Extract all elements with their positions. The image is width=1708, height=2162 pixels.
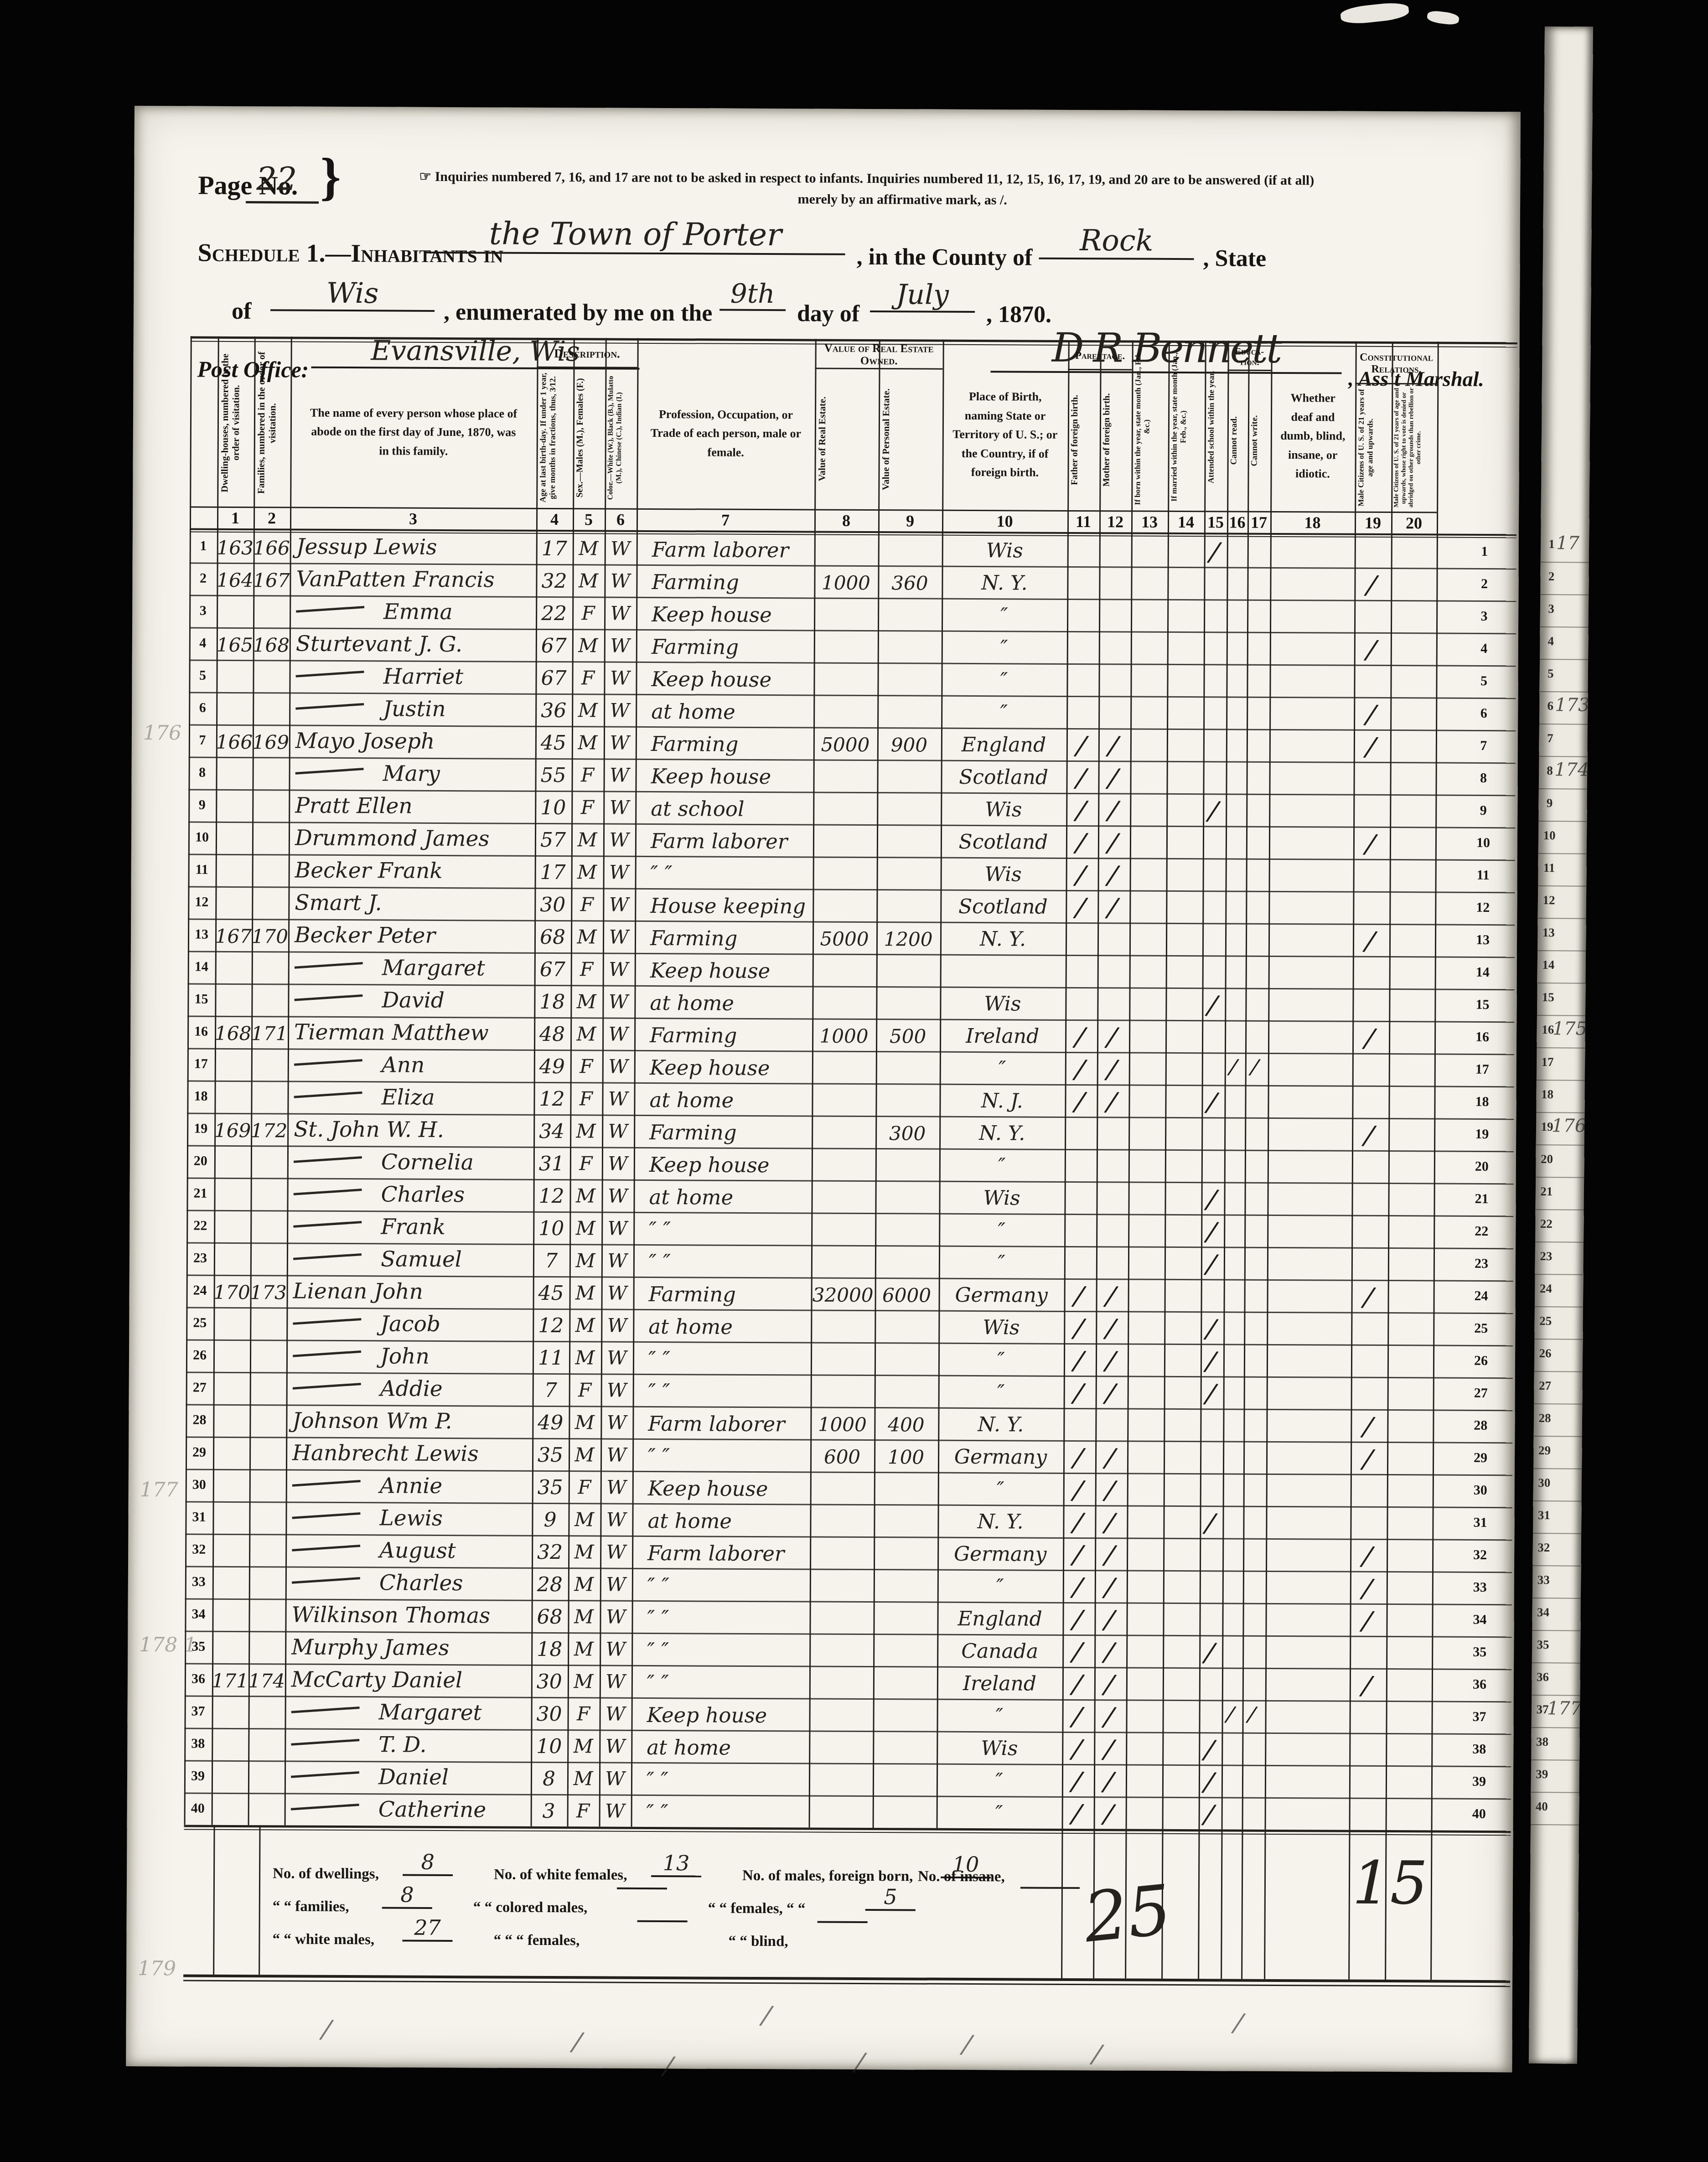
ditto-surname-dash bbox=[291, 1771, 359, 1778]
person-name-text: Eliza bbox=[381, 1085, 435, 1110]
family-number: 174 bbox=[247, 1670, 287, 1692]
row-number-right: 35 bbox=[1461, 1645, 1498, 1660]
person-name-text: Jessup Lewis bbox=[296, 534, 437, 560]
person-name-text: Lewis bbox=[379, 1505, 443, 1531]
real-estate-value: 5000 bbox=[813, 734, 877, 756]
row-number-left: 24 bbox=[186, 1283, 214, 1298]
ditto-surname-dash bbox=[291, 1804, 359, 1810]
occupation-value: at school bbox=[651, 797, 744, 821]
real-estate-value: 32000 bbox=[811, 1283, 875, 1306]
footer-line2-label: “ “ colored males, bbox=[473, 1899, 588, 1916]
affirmative-tick-col12: / bbox=[1102, 1765, 1115, 1797]
row-number-left: 2 bbox=[189, 571, 217, 586]
color-value: W bbox=[600, 1476, 632, 1498]
column-header-17: Cannot write. bbox=[1249, 373, 1269, 508]
age-value: 57 bbox=[535, 828, 571, 852]
affirmative-tick-col15: / bbox=[1206, 1086, 1218, 1118]
group-header-rule bbox=[815, 368, 942, 370]
person-name: Hanbrecht Lewis bbox=[292, 1441, 534, 1467]
age-value: 18 bbox=[534, 990, 570, 1014]
age-value: 45 bbox=[533, 1282, 569, 1305]
dwelling-number: 167 bbox=[212, 925, 254, 947]
sex-value: M bbox=[570, 990, 602, 1013]
sex-value: M bbox=[567, 1735, 599, 1757]
sliver-row-number: 2 bbox=[1542, 569, 1560, 584]
column-number-12: 12 bbox=[1099, 512, 1131, 531]
occupation-value: ″ ″ bbox=[647, 1606, 669, 1630]
affirmative-tick-col11: / bbox=[1071, 1636, 1084, 1668]
birthplace-value: N. Y. bbox=[940, 927, 1066, 951]
occupation-value: at home bbox=[650, 991, 734, 1015]
person-name-text: Wilkinson Thomas bbox=[291, 1603, 490, 1629]
affirmative-tick-col11: / bbox=[1072, 1377, 1085, 1409]
occupation-value: Keep house bbox=[651, 667, 771, 692]
affirmative-tick-col12: / bbox=[1105, 1313, 1117, 1345]
age-value: 7 bbox=[533, 1379, 569, 1402]
occupation-value: at home bbox=[651, 699, 735, 724]
ditto-surname-dash bbox=[292, 1577, 360, 1584]
person-name: Sturtevant J. G. bbox=[296, 631, 538, 657]
color-value: W bbox=[600, 1638, 631, 1660]
dwelling-number: 171 bbox=[209, 1670, 251, 1692]
row-number-right: 3 bbox=[1466, 609, 1502, 624]
sex-value: M bbox=[568, 1573, 600, 1595]
row-number-right: 24 bbox=[1463, 1288, 1500, 1304]
ditto-surname-dash bbox=[292, 1512, 361, 1519]
row-number-left: 10 bbox=[188, 830, 216, 845]
sex-value: F bbox=[571, 893, 603, 915]
sex-value: F bbox=[572, 667, 604, 689]
column-header-15: Attended school within the year. bbox=[1206, 346, 1226, 508]
age-value: 3 bbox=[531, 1800, 567, 1823]
affirmative-tick-col12: / bbox=[1107, 730, 1119, 762]
person-name-text: Drummond James bbox=[295, 826, 490, 852]
birthplace-value: ″ bbox=[940, 1057, 1065, 1081]
ditto-surname-dash bbox=[296, 671, 364, 678]
footer-line2-value: 5 bbox=[884, 1884, 897, 1909]
row-number-left: 25 bbox=[186, 1315, 213, 1331]
ditto-surname-dash bbox=[293, 1253, 362, 1260]
sliver-rule bbox=[1541, 562, 1589, 563]
row-number-left: 40 bbox=[184, 1801, 212, 1816]
birthplace-value: Ireland bbox=[937, 1672, 1062, 1696]
sliver-row-number: 14 bbox=[1539, 958, 1558, 972]
sliver-rule bbox=[1534, 1339, 1583, 1340]
sex-value: F bbox=[571, 796, 603, 818]
affirmative-tick-col19: / bbox=[1362, 1411, 1374, 1443]
ditto-surname-dash bbox=[296, 606, 364, 613]
birthplace-value: N. J. bbox=[939, 1089, 1065, 1113]
sex-value: M bbox=[568, 1638, 600, 1660]
sliver-rule bbox=[1538, 918, 1586, 919]
age-value: 31 bbox=[533, 1152, 570, 1175]
affirmative-tick-col19: / bbox=[1361, 1443, 1374, 1475]
person-name: Becker Frank bbox=[295, 858, 537, 884]
birthplace-value: Wis bbox=[940, 992, 1065, 1016]
person-name-text: Becker Peter bbox=[295, 923, 435, 948]
column-number-19: 19 bbox=[1355, 513, 1391, 533]
row-number-left: 7 bbox=[189, 733, 216, 748]
sliver-row-number: 30 bbox=[1535, 1476, 1553, 1490]
sex-value: F bbox=[570, 1055, 602, 1077]
column-number-14: 14 bbox=[1168, 512, 1204, 532]
affirmative-tick-col19: / bbox=[1363, 1119, 1376, 1151]
sliver-row-number: 34 bbox=[1534, 1605, 1553, 1619]
row-number-right: 32 bbox=[1462, 1547, 1498, 1563]
person-name-text: Margaret bbox=[379, 1700, 482, 1725]
row-number-right: 23 bbox=[1463, 1256, 1500, 1272]
person-name: Margaret bbox=[295, 955, 536, 981]
affirmative-tick-col11: / bbox=[1071, 1571, 1084, 1603]
affirmative-tick-col11: / bbox=[1075, 762, 1087, 794]
color-value: W bbox=[600, 1508, 632, 1531]
family-number: 166 bbox=[252, 537, 292, 559]
age-value: 35 bbox=[532, 1476, 569, 1499]
affirmative-tick-col11: / bbox=[1075, 891, 1087, 923]
column-header-1: Dwelling-houses, numbered in the order o… bbox=[219, 342, 253, 504]
row-number-right: 28 bbox=[1462, 1418, 1499, 1433]
sliver-rule bbox=[1539, 756, 1587, 757]
color-value: W bbox=[602, 1152, 634, 1174]
affirmative-tick-col19: / bbox=[1365, 731, 1377, 763]
occupation-value: Farm laborer bbox=[648, 1412, 785, 1436]
ditto-surname-dash bbox=[295, 703, 364, 710]
person-name-text: Margaret bbox=[382, 955, 485, 981]
affirmative-tick-col16: / bbox=[1225, 1702, 1235, 1727]
affirmative-tick-col11: / bbox=[1071, 1603, 1084, 1635]
row-number-right: 13 bbox=[1465, 932, 1501, 948]
ditto-surname-dash bbox=[293, 1383, 361, 1390]
affirmative-tick-col11: / bbox=[1073, 1280, 1085, 1312]
birthplace-value: ″ bbox=[939, 1154, 1065, 1178]
personal-estate-value: 500 bbox=[876, 1025, 940, 1048]
ditto-surname-dash bbox=[292, 1480, 361, 1487]
age-value: 10 bbox=[531, 1735, 567, 1758]
occupation-value: ″ ″ bbox=[647, 1638, 669, 1662]
occupation-value: Keep house bbox=[649, 1153, 770, 1177]
group-header-parentage: Parentage. bbox=[1068, 344, 1132, 368]
color-value: W bbox=[600, 1573, 632, 1595]
group-header-value-owned: Value of Real Estate Owned. bbox=[815, 343, 943, 367]
color-value: W bbox=[604, 635, 636, 657]
affirmative-tick-col15: / bbox=[1205, 1377, 1217, 1409]
affirmative-tick-col11: / bbox=[1075, 729, 1087, 761]
sliver-row-number: 29 bbox=[1535, 1443, 1553, 1458]
ditto-surname-dash bbox=[295, 962, 363, 969]
column-number-11: 11 bbox=[1067, 512, 1099, 531]
ditto-surname-dash bbox=[294, 1156, 362, 1163]
sex-value: M bbox=[569, 1314, 601, 1336]
occupation-value: Farm laborer bbox=[652, 538, 789, 562]
dwelling-number: 170 bbox=[211, 1281, 253, 1303]
occupation-value: Keep house bbox=[650, 1055, 770, 1080]
occupation-value: at home bbox=[647, 1509, 732, 1533]
affirmative-tick-col17: / bbox=[1250, 1054, 1259, 1079]
affirmative-tick-col12: / bbox=[1104, 1345, 1117, 1377]
birthplace-value: ″ bbox=[937, 1801, 1062, 1825]
affirmative-tick-col15: / bbox=[1206, 989, 1219, 1021]
affirmative-tick-col15: / bbox=[1203, 1733, 1216, 1765]
row-number-left: 15 bbox=[187, 992, 215, 1007]
birthplace-value: ″ bbox=[941, 668, 1066, 692]
affirmative-tick-col12: / bbox=[1103, 1603, 1116, 1635]
row-number-right: 27 bbox=[1463, 1386, 1499, 1401]
person-name: Pratt Ellen bbox=[295, 793, 537, 819]
row-number-left: 3 bbox=[189, 603, 217, 619]
sliver-row-number: 13 bbox=[1539, 926, 1558, 940]
color-value: W bbox=[600, 1443, 632, 1466]
column-header-6: Color.—White (W.), Black (B.), Mulatto (… bbox=[606, 371, 635, 506]
footer-value-fill bbox=[818, 1917, 868, 1925]
person-name: Charles bbox=[292, 1570, 533, 1596]
sex-value: M bbox=[572, 699, 604, 721]
person-name-text: David bbox=[382, 988, 445, 1013]
person-name-text: Harriet bbox=[383, 664, 463, 689]
occupation-value: Farming bbox=[650, 1023, 737, 1048]
column-number-15: 15 bbox=[1204, 512, 1227, 532]
age-value: 48 bbox=[534, 1023, 570, 1046]
affirmative-tick-col15: / bbox=[1203, 1766, 1215, 1798]
sliver-row-number: 10 bbox=[1540, 828, 1558, 843]
affirmative-tick-col11: / bbox=[1074, 1021, 1086, 1053]
column-number-5: 5 bbox=[573, 510, 605, 529]
ditto-surname-dash bbox=[291, 1707, 360, 1713]
personal-estate-value: 1200 bbox=[876, 928, 940, 951]
family-number: 170 bbox=[250, 925, 290, 947]
color-value: W bbox=[600, 1702, 631, 1725]
sliver-rule bbox=[1540, 659, 1588, 660]
affirmative-tick-col15: / bbox=[1207, 795, 1220, 827]
ditto-surname-dash bbox=[293, 1350, 361, 1357]
ditto-surname-dash bbox=[293, 1221, 362, 1228]
column-number-10: 10 bbox=[942, 512, 1067, 531]
birthplace-value: Scotland bbox=[941, 830, 1066, 854]
row-number-left: 1 bbox=[190, 538, 217, 554]
personal-estate-value: 360 bbox=[878, 572, 942, 595]
affirmative-tick-col12: / bbox=[1102, 1798, 1115, 1830]
age-value: 49 bbox=[532, 1411, 569, 1434]
sliver-row-number: 18 bbox=[1538, 1087, 1556, 1102]
column-number-20: 20 bbox=[1391, 513, 1437, 533]
row-number-right: 1 bbox=[1466, 544, 1503, 559]
person-name: Becker Peter bbox=[295, 923, 536, 949]
color-value: W bbox=[603, 861, 635, 884]
ditto-surname-dash bbox=[291, 1739, 359, 1746]
family-number: 172 bbox=[249, 1119, 289, 1142]
personal-estate-value: 6000 bbox=[875, 1284, 939, 1307]
color-value: W bbox=[602, 1087, 634, 1110]
occupation-value: Keep house bbox=[650, 958, 771, 983]
birthplace-value: Scotland bbox=[941, 765, 1066, 789]
group-header-education: Educa-tion. bbox=[1228, 344, 1271, 368]
affirmative-tick-col12: / bbox=[1107, 795, 1119, 827]
sex-value: M bbox=[571, 828, 603, 851]
age-value: 11 bbox=[533, 1346, 569, 1370]
color-value: W bbox=[601, 1314, 633, 1336]
person-name-text: Catherine bbox=[378, 1797, 487, 1822]
group-header-rule bbox=[1227, 369, 1271, 371]
group-header-constitutional: Constitutional Relations. bbox=[1355, 345, 1437, 383]
sliver-rule bbox=[1534, 1436, 1582, 1437]
sex-value: M bbox=[569, 1282, 601, 1304]
footer-insane-underline bbox=[1020, 1887, 1080, 1889]
birthplace-value: ″ bbox=[938, 1348, 1064, 1372]
affirmative-tick-col12: / bbox=[1104, 1507, 1116, 1539]
color-value: W bbox=[603, 829, 635, 851]
affirmative-tick-col19: / bbox=[1365, 698, 1377, 730]
sex-value: M bbox=[568, 1605, 600, 1628]
occupation-value: Farming bbox=[652, 635, 739, 659]
color-value: W bbox=[604, 732, 636, 754]
color-value: W bbox=[604, 602, 636, 625]
affirmative-tick-col11: / bbox=[1074, 1086, 1086, 1117]
sliver-row-number: 40 bbox=[1532, 1800, 1551, 1814]
microfilm-scan: Page No. 22 } ☞ Inquiries numbered 7, 16… bbox=[0, 0, 1708, 2162]
enumerated-label: , enumerated by me on the bbox=[444, 299, 713, 327]
person-name-text: Sturtevant J. G. bbox=[296, 631, 462, 657]
sliver-handwritten-number: 17 bbox=[1556, 533, 1579, 553]
color-value: W bbox=[602, 1055, 634, 1077]
person-name: Tierman Matthew bbox=[294, 1020, 536, 1046]
affirmative-tick-col15: / bbox=[1205, 1313, 1217, 1345]
sliver-rule bbox=[1536, 1144, 1584, 1146]
footer-line1-value: 8 bbox=[421, 1850, 435, 1874]
birthplace-value: England bbox=[941, 733, 1066, 757]
person-name: Mayo Joseph bbox=[295, 729, 537, 755]
person-name: Harriet bbox=[295, 664, 537, 690]
affirmative-tick-col12: / bbox=[1103, 1636, 1116, 1668]
color-value: W bbox=[603, 893, 635, 915]
person-name: Justin bbox=[295, 696, 537, 722]
row-number-left: 33 bbox=[185, 1574, 212, 1590]
column-header-20: Male Citizens of U. S. of 21 years of ag… bbox=[1393, 387, 1435, 509]
sliver-row-number: 12 bbox=[1540, 893, 1558, 907]
affirmative-tick-col12: / bbox=[1107, 762, 1119, 794]
row-number-left: 21 bbox=[187, 1186, 214, 1201]
sliver-rule bbox=[1540, 594, 1589, 595]
footer-line1-label: No. of dwellings, bbox=[273, 1865, 379, 1883]
color-value: W bbox=[604, 667, 636, 689]
sliver-rule bbox=[1535, 1306, 1583, 1308]
affirmative-tick-col11: / bbox=[1072, 1474, 1084, 1506]
person-name: Jessup Lewis bbox=[296, 534, 538, 560]
sliver-rule bbox=[1537, 1015, 1585, 1016]
sliver-handwritten-number: 173 bbox=[1555, 694, 1590, 716]
column-header-5: Sex.—Males (M.), Females (F.) bbox=[575, 370, 603, 505]
age-value: 18 bbox=[531, 1638, 568, 1661]
sliver-row-number: 28 bbox=[1536, 1411, 1554, 1425]
sex-value: F bbox=[568, 1702, 600, 1725]
sliver-rule bbox=[1535, 1241, 1584, 1243]
dwelling-number: 163 bbox=[214, 537, 256, 559]
sliver-row-number: 23 bbox=[1537, 1249, 1555, 1263]
occupation-value: ″ ″ bbox=[649, 1250, 671, 1274]
post-office-label: Post Office: bbox=[197, 356, 309, 383]
age-value: 22 bbox=[536, 602, 572, 625]
age-value: 67 bbox=[536, 634, 572, 657]
dayof-label: day of bbox=[797, 300, 860, 327]
person-name: Annie bbox=[292, 1473, 534, 1499]
affirmative-tick-col12: / bbox=[1104, 1539, 1116, 1571]
left-margin-bleed-number: 177 bbox=[140, 1478, 178, 1501]
age-value: 35 bbox=[532, 1443, 569, 1467]
footer-line1-value: 13 bbox=[663, 1851, 690, 1875]
affirmative-tick-col11: / bbox=[1075, 794, 1087, 826]
age-value: 34 bbox=[533, 1120, 570, 1143]
sex-value: M bbox=[571, 861, 603, 883]
stray-tick-mark: / bbox=[662, 2051, 674, 2081]
stray-tick-mark: / bbox=[1091, 2039, 1103, 2069]
age-value: 55 bbox=[535, 764, 571, 787]
column-header-19: Male Citizens of U. S. of 21 years of ag… bbox=[1356, 387, 1390, 509]
person-name-text: Murphy James bbox=[291, 1635, 449, 1661]
age-value: 30 bbox=[531, 1702, 568, 1726]
row-number-left: 36 bbox=[185, 1671, 212, 1687]
affirmative-tick-col11: / bbox=[1073, 1312, 1085, 1344]
page-number-value: 22 bbox=[256, 160, 297, 197]
sex-value: M bbox=[568, 1508, 600, 1531]
affirmative-tick-col12: / bbox=[1107, 827, 1119, 859]
birthplace-value: ″ bbox=[937, 1704, 1062, 1728]
row-number-left: 20 bbox=[187, 1153, 214, 1169]
sex-value: F bbox=[569, 1476, 600, 1498]
sex-value: F bbox=[567, 1800, 599, 1822]
sliver-rule bbox=[1531, 1759, 1579, 1761]
group-header-rule bbox=[1068, 369, 1132, 371]
row-number-left: 30 bbox=[186, 1477, 213, 1493]
column-header-4: Age at last birth-day. If under 1 year, … bbox=[538, 370, 571, 505]
footer-rule-vertical bbox=[213, 1825, 215, 1975]
birthplace-value: N. Y. bbox=[937, 1510, 1063, 1534]
person-name: Wilkinson Thomas bbox=[291, 1603, 533, 1629]
sex-value: M bbox=[572, 731, 604, 754]
ditto-surname-dash bbox=[293, 1318, 361, 1325]
row-number-right: 26 bbox=[1463, 1353, 1499, 1369]
sliver-row-number: 11 bbox=[1540, 861, 1558, 875]
column-header-9: Value of Personal Estate. bbox=[880, 372, 941, 507]
row-number-right: 6 bbox=[1465, 706, 1502, 721]
pointer-hand-icon: ☞ bbox=[419, 169, 431, 184]
person-name-text: Emma bbox=[383, 599, 453, 625]
affirmative-tick-col11: / bbox=[1072, 1539, 1084, 1571]
birthplace-value: Germany bbox=[939, 1283, 1064, 1307]
occupation-value: ″ ″ bbox=[651, 861, 673, 885]
column-header-16: Cannot read. bbox=[1229, 373, 1246, 508]
schedule-place-value: the Town of Porter bbox=[489, 216, 782, 253]
real-estate-value: 1000 bbox=[814, 572, 878, 595]
sliver-rule bbox=[1532, 1695, 1580, 1696]
color-value: W bbox=[599, 1800, 631, 1822]
column-header-3: The name of every person whose place of … bbox=[308, 375, 518, 490]
person-name: McCarty Daniel bbox=[291, 1667, 533, 1693]
column-number-8: 8 bbox=[814, 511, 878, 531]
color-value: W bbox=[605, 538, 637, 560]
occupation-value: Farming bbox=[651, 732, 739, 756]
occupation-value: Keep house bbox=[647, 1703, 767, 1728]
column-header-8: Value of Real Estate. bbox=[816, 372, 877, 507]
affirmative-tick-col15: / bbox=[1206, 1183, 1218, 1215]
sex-value: F bbox=[570, 1152, 602, 1174]
sliver-row-number: 25 bbox=[1537, 1314, 1555, 1328]
sex-value: M bbox=[572, 569, 604, 592]
person-name-text: Samuel bbox=[381, 1247, 462, 1272]
row-number-left: 29 bbox=[186, 1445, 213, 1460]
scan-artifact bbox=[1340, 1, 1409, 25]
person-name-text: St. John W. H. bbox=[294, 1117, 444, 1143]
affirmative-tick-col15: / bbox=[1204, 1507, 1216, 1539]
sliver-rule bbox=[1533, 1500, 1582, 1502]
sliver-rule bbox=[1534, 1403, 1582, 1405]
